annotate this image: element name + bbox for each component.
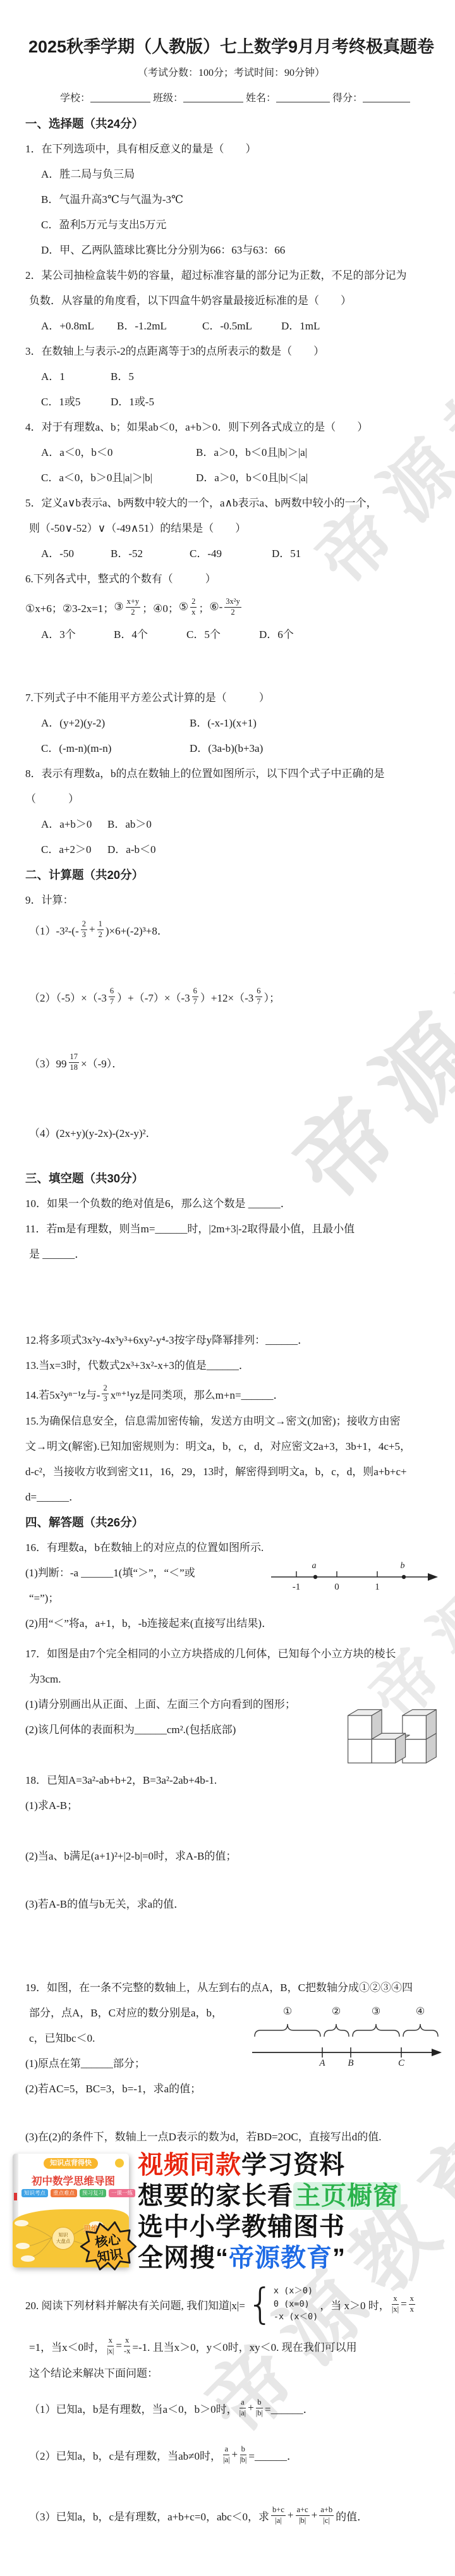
quote-mark: “ [215,2244,229,2272]
den: 2 [99,930,102,940]
q20-part3: （3）已知a，b，c是有理数，a+b+c=0，abc＜0，求 b+c|a| + … [25,2499,437,2532]
text-run: 20. 阅读下列材料并解决有关问题, 我们知道|x|= [25,2297,245,2312]
section-2-header: 二、计算题（共20分） [25,862,437,888]
fraction: 2x [190,597,197,617]
tick-label: 1 [375,1582,380,1592]
num: b+c [271,2505,286,2516]
q8-option-a: A．a+b＞0 [41,812,107,837]
point-B-label: B [348,2058,353,2067]
fraction: a|a| [223,2444,230,2465]
q1-stem: 1．在下列选项中，具有相反意义的量是（ ） [25,137,437,162]
den: x [191,608,195,618]
q15-line1: 15.为确保信息安全，信息需加密传输，发送方由明文→密文(加密)；接收方由密 [25,1409,437,1434]
q19-part2: (2)若AC=5，BC=3，b=-1，求a的值； [25,2076,437,2102]
text-run: ④0； [153,599,179,615]
num: 6 [255,986,262,997]
ad-line-3: 选中小学教辅图书 [138,2212,401,2243]
num: 3x²y [224,597,241,608]
q1-option-d: D．甲、乙两队篮球比赛比分分别为66：63与63：66 [25,238,437,263]
q9-stem: 9．计算： [25,888,437,913]
exam-paper-page: 帝源教育 帝源教育 帝源教育 帝源教育 2025秋季学期（人教版）七上数学9月月… [0,0,455,2576]
q18-part1: (1)求A-B； [25,1793,437,1819]
section-4-header: 四、解答题（共26分） [25,1510,437,1535]
fraction: 23 [102,1383,108,1404]
q8-stem-line2: （ ） [25,787,437,812]
num: a+b [319,2505,334,2516]
fraction: 1718 [69,1052,80,1072]
section-1-header: 一、选择题（共24分） [25,111,437,137]
class-label: 班级： [153,93,183,104]
q3-option-a: A．1 [41,364,111,389]
q5-options: A．-50 B．-52 C．-49 D．51 [25,541,437,567]
q3-options-cd: C．1或5 D．1或-5 [25,389,437,415]
q20-stem-line1: 20. 阅读下列材料并解决有关问题, 我们知道|x|= { x (x＞0) 0 … [25,2278,437,2331]
q15-line3: d-c²，当接收方收到密文11，16，29，13时，解密得到明文a，b，c，d，… [25,1459,437,1485]
book-tag: 一课一练 [109,2189,135,2197]
num: a+c [296,2505,310,2516]
q9-part1: （1）-3²-(- 23 + 12 )×6+(-2)³+8． [25,913,437,946]
den: 2 [131,608,135,618]
q19-stem-line1: 19．如图，在一条不完整的数轴上，从左到右的点A，B，C把数轴分成①②③④四 [25,1975,437,2001]
q3-options-ab: A．1 B．5 [25,364,437,389]
q7-option-c: C．(-m-n)(m-n) [41,736,190,761]
num: 6 [192,986,198,997]
text-run: ）； [264,989,281,1005]
text-run: = [116,2340,122,2352]
q7-option-d: D．(3a-b)(b+3a) [190,736,263,761]
text-run: （2）已知a，b，c是有理数，当ab≠0时， [29,2447,221,2463]
point-C-label: C [398,2058,405,2067]
q17-stem-line1: 17．如图是由7个完全相同的小立方块搭成的几何体，已知每个小立方块的棱长 [25,1641,437,1667]
den: |b| [240,2455,246,2465]
book-circle-badge: 知识 大盘点 [52,2227,75,2250]
q12-stem: 12.将多项式3x²y-4x³y³+6xy²-y⁴-3按字母y降幂排列：____… [25,1328,437,1353]
q5-option-b: B．-52 [111,541,190,567]
num: 2 [190,597,197,608]
text-run: ⑥- [209,601,222,613]
text-run: 知识 [52,2232,74,2238]
q18-block: 18．已知A=3a²-ab+b+2，B=3a²-2ab+4b-1. (1)求A-… [25,1768,437,1917]
q3-option-b: B．5 [111,364,134,389]
q8-options-cd: C．a+2＞0 D．a-b＜0 [25,837,437,862]
q20-stem-line3: 这个结论来解决下面问题： [25,2361,437,2386]
fraction: x|x| [392,2294,399,2314]
ad-banner: 知识点背得快 初中数学思维导图 知识考点 重点难点 预习复习 一课一练 [13,2150,437,2270]
segment-4-label: ④ [416,2006,425,2017]
q2-option-d: D．1mL [281,314,320,339]
q5-option-d: D．51 [272,541,301,567]
ad-highlight-red: 视频同款 [138,2151,241,2179]
text-run: ①x+6； [25,599,63,615]
den: 7 [110,997,114,1007]
ad-line-2: 想要的家长看主页橱窗 [138,2181,401,2212]
fraction: b|b| [240,2444,246,2465]
book-title: 初中数学思维导图 [20,2173,126,2188]
q3-option-c: C．1或5 [41,389,111,415]
den: |a| [223,2455,230,2465]
q9-part3: （3）99 1718 ×（-9）． [25,1045,437,1080]
case-line: 0 (x=0) [274,2298,318,2311]
fraction: xx [409,2294,415,2314]
fraction: 67 [109,986,115,1007]
q4-stem: 4．对于有理数a、b；如果ab＜0，a+b＞0．则下列各式成立的是（ ） [25,415,437,440]
num: a [240,2398,246,2408]
text-run: ②3-2x=1； [63,599,114,615]
text-run: 学习资料 [241,2151,345,2179]
den: 3 [103,1394,107,1404]
num: x [107,2336,114,2346]
segment-3-label: ③ [372,2006,380,2017]
text-run: （4）(2x+y)(y-2x)-(2x-y)²． [29,1124,157,1140]
q3-option-d: D．1或-5 [111,389,154,415]
book-top-badge: 知识点背得快 [44,2158,98,2169]
num: 6 [109,986,115,997]
school-blank [90,92,150,102]
q8-option-d: D．a-b＜0 [107,837,155,862]
q17-block: 17．如图是由7个完全相同的小立方块搭成的几何体，已知每个小立方块的棱长 为3c… [25,1641,437,1743]
q2-options: A．+0.8mL B．-1.2mL C．-0.5mL D．1mL [25,314,437,339]
q20-part1: （1）已知a，b是有理数，当a＜0，b＞0时， a|a| + b|b| =___… [25,2391,437,2424]
q4-option-a: A．a＜0，b＜0 [41,440,196,465]
segment-1-label: ① [283,2006,292,2017]
class-blank [183,92,243,102]
text-run: =-1. 且当x＞0，y＜0时，xy＜0. 现在我们可以用 [132,2338,356,2354]
q2-option-b: B．-1.2mL [117,314,202,339]
tick-label: -1 [293,1582,301,1592]
text-run: ）+（-7）×（-3 [117,989,190,1005]
text-run: （1）-3²-(- [29,922,79,938]
fraction: x+y2 [126,597,141,617]
piecewise-definition: { x (x＞0) 0 (x=0) -x (x＜0) [247,2285,318,2324]
text-run: 选中小学教辅图书 [138,2213,345,2241]
den: |b| [256,2408,263,2419]
den: |a| [275,2516,282,2526]
segmented-number-line-figure: ① ② ③ ④ A B C [250,2001,449,2067]
text-run: ③ [114,601,123,613]
q16-block: 16．有理数a，b在数轴上的对应点的位置如图所示. (1)判断：-a _____… [25,1535,437,1636]
cube-stack-figure [344,1669,439,1774]
den: 7 [193,997,197,1007]
text-run: + [248,2401,254,2414]
q7-options-ab: A．(y+2)(y-2) B．(-x-1)(x+1) [25,711,437,736]
num: b [240,2444,246,2455]
q8-options-ab: A．a+b＞0 B．ab＞0 [25,812,437,837]
point-b-dot [402,1575,406,1579]
student-fields: 学校： 班级： 姓名： 得分： [25,86,437,111]
q6-option-a: A．3个 [41,622,114,647]
q1-option-b: B．气温升高3℃与气温为-3℃ [25,187,437,212]
text-run: ×（-9）． [81,1055,123,1070]
text-run: + [288,2509,294,2522]
den: x [410,2305,414,2315]
q5-stem-line2: 则（-50∨-52）∨（-49∧51）的结果是（ ） [25,516,437,541]
page-title: 2025秋季学期（人教版）七上数学9月月考终极真题卷 [25,33,437,61]
q2-stem-line2: 负数．从容量的角度看，以下四盒牛奶容量最接近标准的是（ ） [25,288,437,314]
q4-options-cd: C．a＜0，b＞0且|a|＞|b| D．a＞0，b＜0且|b|＜|a| [25,465,437,491]
fraction: 12 [97,919,104,940]
q5-option-c: C．-49 [190,541,272,567]
q14-stem: 14.若5x²yⁿ⁻¹z与- 23 xᵐ⁺¹yz是同类项，那么m+n=_____… [25,1378,437,1409]
exam-info: （考试分数：100分；考试时间：90分钟） [25,61,437,86]
q11-stem-line2: 是 ______． [25,1242,437,1267]
q2-option-c: C．-0.5mL [202,314,281,339]
q20-block: 20. 阅读下列材料并解决有关问题, 我们知道|x|= { x (x＞0) 0 … [25,2278,437,2532]
q6-option-c: C．5个 [186,622,259,647]
text-run: 的值． [336,2508,368,2524]
text-run: + [312,2509,318,2522]
q1-option-c: C．盈利5万元与支出5万元 [25,212,437,238]
text-run: 14.若5x²yⁿ⁻¹z与- [25,1386,100,1402]
brace-glyph: { [247,2285,274,2324]
fraction: 67 [255,986,262,1007]
arrow-icon [428,1573,438,1581]
point-b-label: b [401,1561,405,1571]
q9-part4: （4）(2x+y)(y-2x)-(2x-y)²． [25,1118,437,1146]
number-line-figure: a b -1 0 1 [269,1552,439,1597]
ad-brand-name: 帝源教育 [229,2244,332,2272]
book-cover: 知识点背得快 初中数学思维导图 知识考点 重点难点 预习复习 一课一练 [13,2154,129,2267]
q8-option-c: C．a+2＞0 [41,837,107,862]
num: x [409,2294,415,2305]
text-run: xᵐ⁺¹yz是同类项，那么m+n=______． [111,1386,284,1402]
fraction: 67 [192,986,198,1007]
q6-expressions: ①x+6； ②3-2x=1； ③ x+y2 ； ④0； ⑤ 2x ； ⑥- 3x… [25,592,437,622]
score-blank [363,92,410,102]
ad-highlight-green: 主页橱窗 [293,2182,401,2210]
den: |x| [392,2305,399,2315]
score-label: 得分： [332,93,363,104]
fraction: 3x²y2 [224,597,241,617]
fraction: a+c|b| [296,2505,310,2525]
point-A-label: A [318,2058,325,2067]
q15-line2: 文→明文(解密).已知加密规则为：明文a，b，c，d，对应密文2a+3，3b+1… [25,1434,437,1459]
school-label: 学校： [60,93,90,104]
point-a-label: a [312,1561,317,1571]
text-run: （2）（-5）×（-3 [29,989,107,1005]
q13-stem: 13.当x=3时，代数式2x³+3x²-x+3的值是______． [25,1353,437,1378]
q6-option-d: D．6个 [259,622,294,647]
fraction: 23 [81,919,87,940]
den: |b| [299,2516,306,2526]
q5-stem-line1: 5．定义a∨b表示a、b两数中较大的一个，a∧b表示a、b两数中较小的一个， [25,491,437,516]
num: 2 [81,919,87,930]
fraction: x|x| [107,2336,114,2356]
book-tag: 知识考点 [21,2189,48,2197]
den: -x [124,2346,130,2357]
q6-stem: 6.下列各式中，整式的个数有（ ） [25,567,437,592]
q5-option-a: A．-50 [41,541,111,567]
book-tags: 知识考点 重点难点 预习复习 一课一练 [21,2189,135,2197]
book-tag: 预习复习 [80,2189,106,2197]
num: x [124,2336,130,2346]
q10-stem: 10．如果一个负数的绝对值是6，那么这个数是 ______． [25,1191,437,1217]
num: 2 [102,1383,108,1394]
book-logo-icon [115,2159,124,2168]
text-run: （3）已知a，b，c是有理数，a+b+c=0，abc＜0，求 [29,2508,269,2524]
text-run: + [89,923,95,936]
q7-options-cd: C．(-m-n)(m-n) D．(3a-b)(b+3a) [25,736,437,761]
q8-option-b: B．ab＞0 [107,812,152,837]
num: a [223,2444,229,2455]
text-run: 想要的家长看 [138,2182,293,2210]
fraction: b+c|a| [271,2505,286,2525]
q8-stem-line1: 8．表示有理数a，b的点在数轴上的位置如图所示，以下四个式子中正确的是 [25,761,437,787]
q2-stem-line1: 2．某公司抽检盒装牛奶的容量，超过标准容量的部分记为正数，不足的部分记为 [25,263,437,288]
num: 17 [69,1052,80,1063]
arrow-icon [432,2049,442,2056]
text-run: （3）99 [29,1055,67,1070]
den: 2 [231,608,234,618]
text-run: ⑤ [179,601,188,613]
den: |c| [323,2516,330,2526]
case-line: -x (x＜0) [274,2310,318,2324]
q4-option-d: D．a＞0，b＜0且|b|＜|a| [196,465,308,491]
text-run: + [232,2448,238,2461]
q4-options-ab: A．a＜0，b＜0 B．a＞0，b＜0且|b|＞|a| [25,440,437,465]
starburst-badge: 核心 知识 [80,2218,138,2276]
text-run: ； [142,599,153,615]
den: 18 [70,1063,78,1073]
name-blank [276,92,330,102]
num: x+y [126,597,141,608]
q19-block: 19．如图，在一条不完整的数轴上，从左到右的点A，B，C把数轴分成①②③④四 部… [25,1975,437,2150]
den: |a| [240,2408,246,2419]
ad-text: 视频同款学习资料 想要的家长看主页橱窗 选中小学教辅图书 全网搜“帝源教育” [138,2150,401,2274]
text-run: ）+12×（-3 [200,989,253,1005]
fraction: b|b| [256,2398,263,2418]
q9-part2: （2）（-5）×（-3 67 ）+（-7）×（-3 67 ）+12×（-3 67… [25,979,437,1014]
q19-part3: (3)在(2)的条件下，数轴上一点D表示的数为d，若BD=2OC，直接写出d的值… [25,2125,437,2150]
q18-part2: (2)当a、b满足(a+1)²+|2-b|=0时，求A-B的值； [25,1844,437,1869]
q16-part2: (2)用“＜”将a，a+1，b，-b连接起来(直接写出结果)． [25,1611,437,1636]
text-run: ，当 x＞0 时， [320,2297,390,2312]
q7-option-b: B．(-x-1)(x+1) [190,711,257,736]
text-run: ； [198,599,209,615]
num: b [256,2398,262,2408]
fraction: a|a| [240,2398,246,2418]
num: x [392,2294,398,2305]
text-run: 大盘点 [52,2238,74,2245]
ad-line-4: 全网搜“帝源教育” [138,2243,401,2274]
ad-line-1: 视频同款学习资料 [138,2150,401,2181]
q20-part2: （2）已知a，b，c是有理数，当ab≠0时， a|a| + b|b| =____… [25,2438,437,2471]
text-run: =______． [265,2400,314,2416]
quote-mark: ” [332,2244,346,2272]
q20-stem-line2: =1，当x＜0时， x|x| = x-x =-1. 且当x＞0，y＜0时，xy＜… [25,2331,437,2361]
point-a-dot [313,1575,317,1579]
name-label: 姓名： [246,93,276,104]
den: 7 [257,997,260,1007]
case-line: x (x＞0) [274,2285,318,2298]
q2-option-a: A．+0.8mL [41,314,117,339]
text-run: )×6+(-2)³+8． [106,922,168,938]
num: 1 [97,919,104,930]
section-3-header: 三、填空题（共30分） [25,1166,437,1191]
q1-option-a: A．胜二局与负三局 [25,162,437,187]
text-run: 全网搜 [138,2244,215,2272]
fraction: x-x [124,2336,130,2356]
tick-label: 0 [334,1582,339,1592]
text-run: （1）已知a，b是有理数，当a＜0，b＞0时， [29,2400,238,2416]
text-run: =1，当x＜0时， [29,2338,105,2354]
text-run: =______． [248,2447,298,2463]
q6-option-b: B．4个 [114,622,186,647]
q3-stem: 3．在数轴上与表示-2的点距离等于3的点所表示的数是（ ） [25,339,437,364]
q11-stem-line1: 11．若m是有理数，则当m=______时，|2m+3|-2取得最小值，且最小值 [25,1217,437,1242]
q4-option-b: B．a＞0，b＜0且|b|＞|a| [196,440,307,465]
q4-option-c: C．a＜0，b＞0且|a|＞|b| [41,465,196,491]
den: |x| [107,2346,114,2357]
den: 3 [82,930,86,940]
q18-stem: 18．已知A=3a²-ab+b+2，B=3a²-2ab+4b-1. [25,1768,437,1793]
q6-options: A．3个 B．4个 C．5个 D．6个 [25,622,437,647]
q7-stem: 7.下列式子中不能用平方差公式计算的是（ ） [25,685,437,711]
q7-option-a: A．(y+2)(y-2) [41,711,190,736]
fraction: a+b|c| [319,2505,334,2525]
text-run: = [401,2298,407,2310]
book-tag: 重点难点 [51,2189,77,2197]
q15-line4: d=______． [25,1485,437,1510]
q18-part3: (3)若A-B的值与b无关，求a的值． [25,1892,437,1917]
book-spine-mark [14,2193,17,2200]
segment-2-label: ② [332,2006,341,2017]
